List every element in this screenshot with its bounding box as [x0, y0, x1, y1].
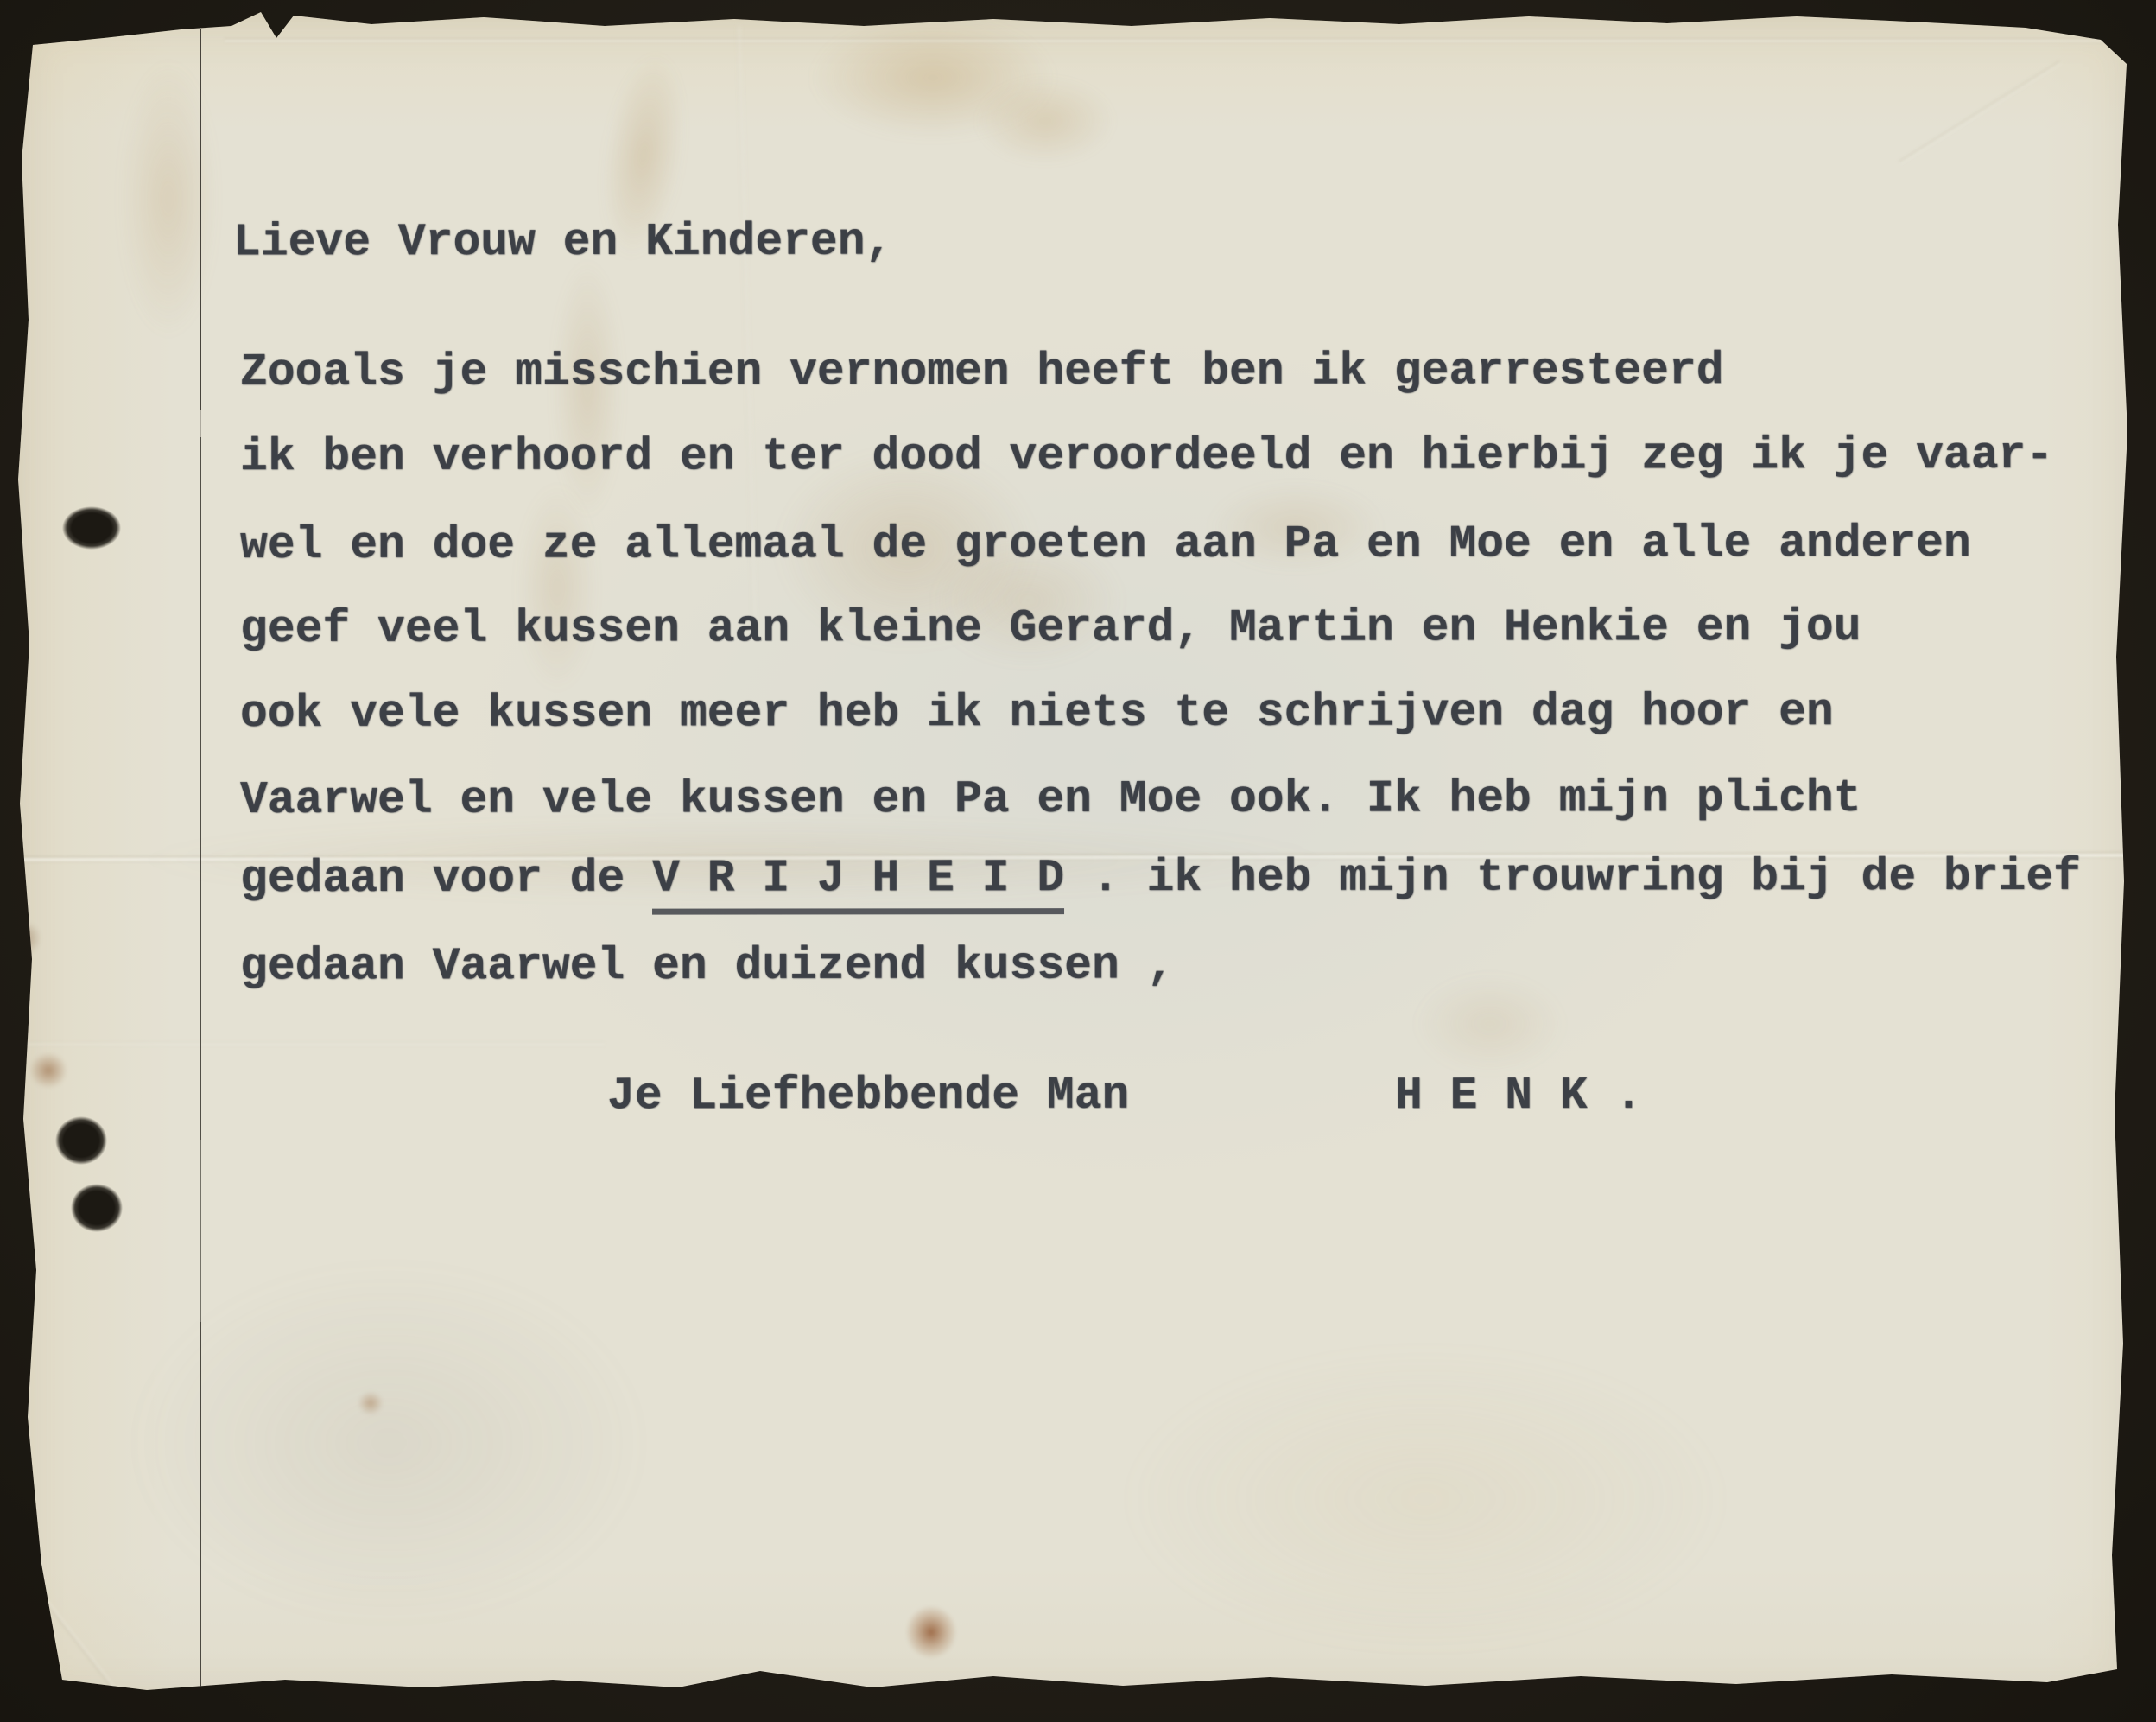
fold-crease	[1899, 60, 2062, 164]
punch-hole	[55, 1116, 107, 1165]
letter-line: Vaarwel en vele kussen en Pa en Moe ook.…	[240, 772, 1861, 826]
rust-spot	[7, 921, 41, 956]
fold-crease	[0, 1042, 605, 1046]
fold-crease	[225, 38, 2125, 43]
stain	[812, 17, 1054, 138]
letter-signature-name: H E N K .	[1395, 1070, 1642, 1122]
letter-line: gedaan voor de V R I J H E I D . ik heb …	[240, 851, 2081, 905]
rust-spot	[29, 1052, 67, 1089]
letter-paper-sheet: Lieve Vrouw en Kinderen, Zooals je missc…	[0, 0, 2156, 1722]
punch-hole	[62, 506, 121, 550]
letter-line: ook vele kussen meer heb ik niets te sch…	[240, 686, 1834, 740]
punch-hole	[71, 1184, 123, 1232]
stain	[1417, 976, 1563, 1071]
stain	[518, 484, 596, 691]
underlined-word: V R I J H E I D	[652, 852, 1064, 914]
letter-line: ik ben verhoord en ter dood veroordeeld …	[240, 429, 2053, 483]
letter-closing: Je Liefhebbende Man	[607, 1070, 1129, 1122]
fold-crease	[0, 1498, 143, 1722]
stain	[976, 78, 1114, 164]
letter-line: Zooals je misschien vernomen heeft ben i…	[240, 345, 1724, 398]
letter-line: gedaan Vaarwel en duizend kussen ,	[240, 939, 1174, 992]
letter-line: geef veel kussen aan kleine Gerard, Mart…	[240, 601, 1861, 655]
scanned-letter-stage: Lieve Vrouw en Kinderen, Zooals je missc…	[0, 0, 2156, 1722]
line-text: . ik heb mijn trouwring bij de brief	[1064, 851, 2081, 904]
rust-spot	[358, 1391, 384, 1415]
ink-blot-stain	[905, 1605, 957, 1659]
letter-line: wel en doe ze allemaal de groeten aan Pa…	[240, 518, 1971, 571]
stain	[130, 1261, 648, 1624]
line-text: gedaan voor de	[240, 853, 652, 905]
stain	[1123, 1348, 1728, 1650]
stain	[121, 60, 216, 337]
margin-rule-line	[200, 29, 201, 1687]
letter-salutation: Lieve Vrouw en Kinderen,	[233, 216, 892, 269]
